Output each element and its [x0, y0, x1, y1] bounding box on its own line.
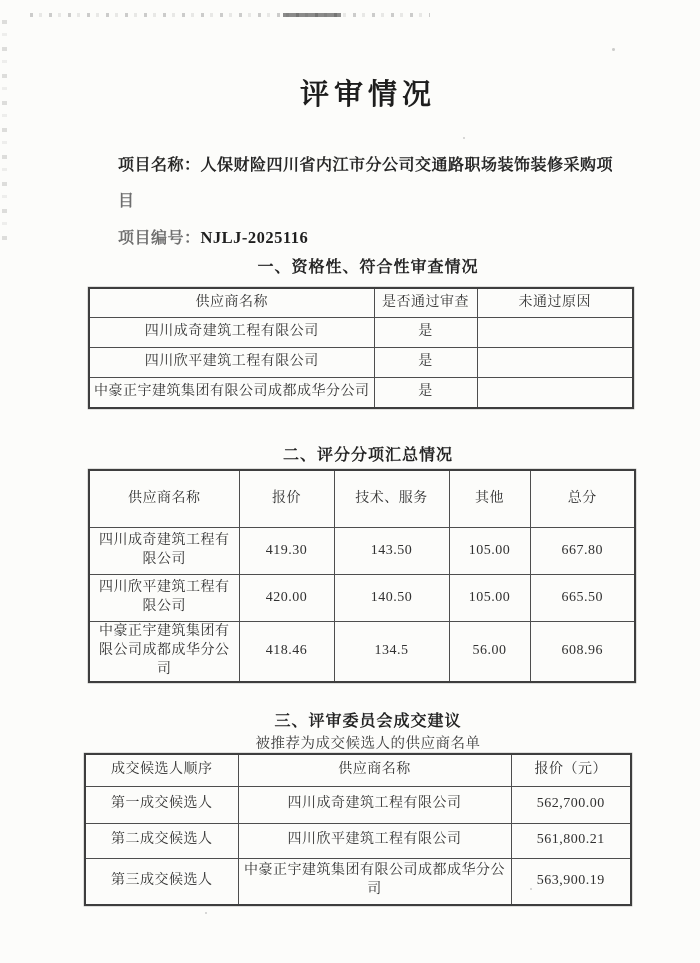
table-header-row: 供应商名称 是否通过审查 未通过原因: [89, 288, 633, 318]
project-number-line: 项目编号：NJLJ-2025116: [118, 220, 648, 257]
header-cell-fail-reason: 未通过原因: [477, 288, 633, 318]
header-cell-other-score: 其他: [449, 470, 530, 528]
supplier-name-cell: 中豪正宇建筑集团有限公司成都成华分公司: [238, 858, 511, 905]
pass-review-cell: 是: [374, 378, 477, 409]
candidate-order-cell: 第三成交候选人: [85, 858, 238, 905]
section-1-heading: 一、资格性、符合性审查情况: [88, 257, 648, 279]
score-summary-table: 供应商名称 报价 技术、服务 其他 总分 四川成奇建筑工程有限公司 419.30…: [88, 469, 636, 683]
header-cell-bid-price: 报价（元）: [511, 754, 631, 787]
header-cell-tech-service-score: 技术、服务: [334, 470, 449, 528]
bid-price-cell: 562,700.00: [511, 786, 631, 823]
tech-service-score-cell: 143.50: [334, 528, 449, 575]
project-info-block: 项目名称：人保财险四川省内江市分公司交通路职场装饰装修采购项 目 项目编号：NJ…: [88, 148, 648, 257]
table-row: 第三成交候选人 中豪正宇建筑集团有限公司成都成华分公司 563,900.19: [85, 858, 631, 905]
project-number-value: NJLJ-2025116: [201, 228, 309, 247]
table-row: 中豪正宇建筑集团有限公司成都成华分公司 418.46 134.5 56.00 6…: [89, 622, 635, 682]
table-header-row: 供应商名称 报价 技术、服务 其他 总分: [89, 470, 635, 528]
header-cell-total-score: 总分: [530, 470, 635, 528]
header-cell-price-score: 报价: [239, 470, 334, 528]
project-name-text: 人保财险四川省内江市分公司交通路职场装饰装修采购项: [201, 157, 614, 174]
supplier-name-cell: 四川欣平建筑工程有限公司: [89, 348, 374, 378]
document-title: 评审情况: [88, 78, 648, 112]
fail-reason-cell: [477, 348, 633, 378]
candidate-order-cell: 第一成交候选人: [85, 786, 238, 823]
header-cell-supplier-name: 供应商名称: [89, 288, 374, 318]
section-3-subtitle: 被推荐为成交候选人的供应商名单: [88, 735, 648, 753]
project-name-continuation: 目: [118, 184, 648, 220]
header-cell-supplier-name: 供应商名称: [238, 754, 511, 787]
price-score-cell: 418.46: [239, 622, 334, 682]
project-name-label: 项目名称：: [118, 157, 201, 174]
table-row: 四川成奇建筑工程有限公司 是: [89, 318, 633, 348]
table-row: 第二成交候选人 四川欣平建筑工程有限公司 561,800.21: [85, 823, 631, 858]
table-row: 四川欣平建筑工程有限公司 是: [89, 348, 633, 378]
scan-noise-left: [2, 20, 7, 245]
fail-reason-cell: [477, 318, 633, 348]
bid-price-cell: 561,800.21: [511, 823, 631, 858]
tech-service-score-cell: 140.50: [334, 575, 449, 622]
section-3-heading: 三、评审委员会成交建议: [88, 711, 648, 733]
price-score-cell: 419.30: [239, 528, 334, 575]
project-name-line: 项目名称：人保财险四川省内江市分公司交通路职场装饰装修采购项: [118, 148, 648, 184]
section-2-heading: 二、评分分项汇总情况: [88, 445, 648, 467]
supplier-name-cell: 四川欣平建筑工程有限公司: [89, 575, 239, 622]
other-score-cell: 56.00: [449, 622, 530, 682]
scanned-document-page: 评审情况 项目名称：人保财险四川省内江市分公司交通路职场装饰装修采购项 目 项目…: [0, 0, 700, 963]
total-score-cell: 667.80: [530, 528, 635, 575]
supplier-name-cell: 中豪正宇建筑集团有限公司成都成华分公司: [89, 378, 374, 409]
supplier-name-cell: 四川成奇建筑工程有限公司: [89, 318, 374, 348]
table-row: 第一成交候选人 四川成奇建筑工程有限公司 562,700.00: [85, 786, 631, 823]
pass-review-cell: 是: [374, 348, 477, 378]
supplier-name-cell: 中豪正宇建筑集团有限公司成都成华分公司: [89, 622, 239, 682]
award-candidates-table: 成交候选人顺序 供应商名称 报价（元） 第一成交候选人 四川成奇建筑工程有限公司…: [84, 753, 632, 906]
tech-service-score-cell: 134.5: [334, 622, 449, 682]
table-header-row: 成交候选人顺序 供应商名称 报价（元）: [85, 754, 631, 787]
bid-price-cell: 563,900.19: [511, 858, 631, 905]
pass-review-cell: 是: [374, 318, 477, 348]
fail-reason-cell: [477, 378, 633, 409]
other-score-cell: 105.00: [449, 575, 530, 622]
supplier-name-cell: 四川成奇建筑工程有限公司: [238, 786, 511, 823]
scan-speck: [205, 912, 207, 914]
table-row: 四川成奇建筑工程有限公司 419.30 143.50 105.00 667.80: [89, 528, 635, 575]
header-cell-pass-review: 是否通过审查: [374, 288, 477, 318]
document-content: 评审情况 项目名称：人保财险四川省内江市分公司交通路职场装饰装修采购项 目 项目…: [88, 0, 648, 906]
table-row: 中豪正宇建筑集团有限公司成都成华分公司 是: [89, 378, 633, 409]
candidate-order-cell: 第二成交候选人: [85, 823, 238, 858]
supplier-name-cell: 四川欣平建筑工程有限公司: [238, 823, 511, 858]
total-score-cell: 665.50: [530, 575, 635, 622]
project-number-label: 项目编号：: [118, 230, 201, 247]
price-score-cell: 420.00: [239, 575, 334, 622]
table-row: 四川欣平建筑工程有限公司 420.00 140.50 105.00 665.50: [89, 575, 635, 622]
total-score-cell: 608.96: [530, 622, 635, 682]
qualification-review-table: 供应商名称 是否通过审查 未通过原因 四川成奇建筑工程有限公司 是 四川欣平建筑…: [88, 287, 634, 409]
supplier-name-cell: 四川成奇建筑工程有限公司: [89, 528, 239, 575]
header-cell-supplier-name: 供应商名称: [89, 470, 239, 528]
header-cell-candidate-order: 成交候选人顺序: [85, 754, 238, 787]
other-score-cell: 105.00: [449, 528, 530, 575]
